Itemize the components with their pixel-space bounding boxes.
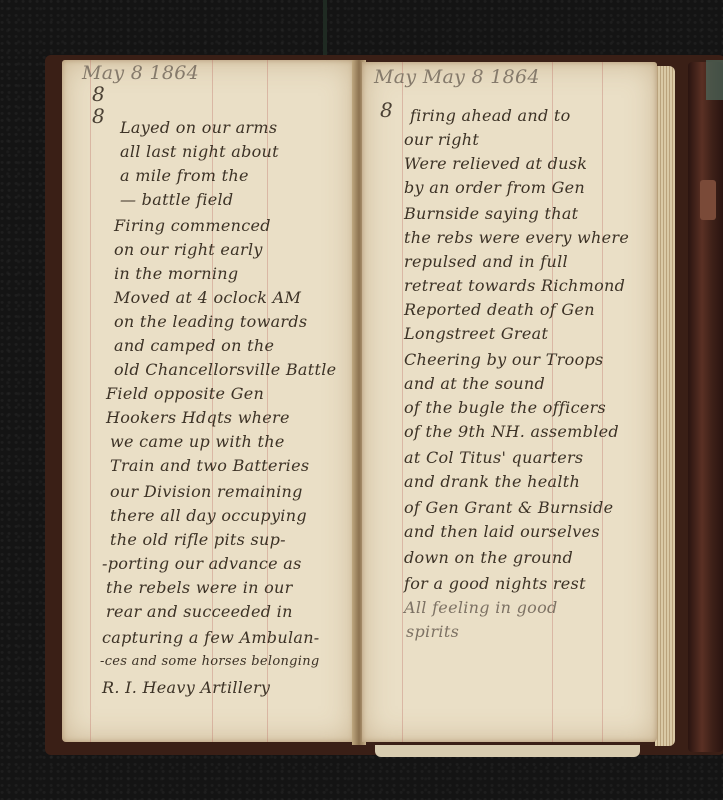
right-page: May May 8 1864 8 firing ahead and to our… [362,62,657,742]
day-mark: 8 [92,104,105,128]
diary-line: of the bugle the officers [404,398,606,417]
diary-line: the rebels were in our [106,578,293,597]
day-mark: 8 [92,82,105,106]
page-edges [655,66,675,746]
diary-line: Field opposite Gen [106,384,264,403]
diary-line: all last night about [120,142,279,161]
diary-line: — battle field [120,190,233,209]
diary-line: and drank the health [404,472,580,491]
diary-line: of the 9th NH. assembled [404,422,619,441]
diary-line: for a good nights rest [404,574,586,593]
diary-line: our Division remaining [110,482,303,501]
diary-line: repulsed and in full [404,252,568,271]
background-divider [323,0,327,62]
left-page-date: May 8 1864 [82,62,199,84]
diary-line: old Chancellorsville Battle [114,360,336,379]
diary-line: we came up with the [110,432,285,451]
book-spine [688,62,723,752]
right-page-date: May May 8 1864 [374,66,540,88]
underlying-page [375,745,640,757]
diary-line: our right [404,130,479,149]
spine-clasp [700,180,716,220]
diary-line: All feeling in good [404,598,558,617]
diary-line: Train and two Batteries [110,456,309,475]
margin-rule [402,62,403,742]
day-mark: 8 [380,98,393,122]
diary-line: spirits [406,622,459,641]
diary-line: there all day occupying [110,506,307,525]
diary-line: capturing a few Ambulan- [102,628,320,647]
spine-label-fragment [706,60,723,100]
diary-line: firing ahead and to [410,106,571,125]
diary-line: Cheering by our Troops [404,350,604,369]
diary-line: and camped on the [114,336,274,355]
diary-line: by an order from Gen [404,178,585,197]
diary-line: of Gen Grant & Burnside [404,498,613,517]
diary-line: Hookers Hdqts where [106,408,290,427]
diary-line: in the morning [114,264,238,283]
diary-line: Reported death of Gen [404,300,595,319]
diary-line: Longstreet Great [404,324,548,343]
diary-line: rear and succeeded in [106,602,293,621]
diary-line: at Col Titus' quarters [404,448,583,467]
diary-line: on our right early [114,240,263,259]
diary-line: retreat towards Richmond [404,276,625,295]
margin-rule [90,60,91,742]
diary-line: Firing commenced [114,216,271,235]
diary-line: and at the sound [404,374,545,393]
diary-line: a mile from the [120,166,249,185]
diary-line: -ces and some horses belonging [100,654,320,669]
diary-line: the rebs were every where [404,228,629,247]
diary-line: R. I. Heavy Artillery [102,678,270,697]
diary-line: Moved at 4 oclock AM [114,288,301,307]
diary-line: -porting our advance as [102,554,302,573]
diary-line: on the leading towards [114,312,307,331]
diary-line: Burnside saying that [404,204,578,223]
diary-line: Were relieved at dusk [404,154,587,173]
diary-line: down on the ground [404,548,573,567]
left-page: May 8 1864 8 8 Layed on our arms all las… [62,60,354,742]
diary-line: Layed on our arms [120,118,277,137]
diary-line: and then laid ourselves [404,522,600,541]
diary-line: the old rifle pits sup- [110,530,286,549]
